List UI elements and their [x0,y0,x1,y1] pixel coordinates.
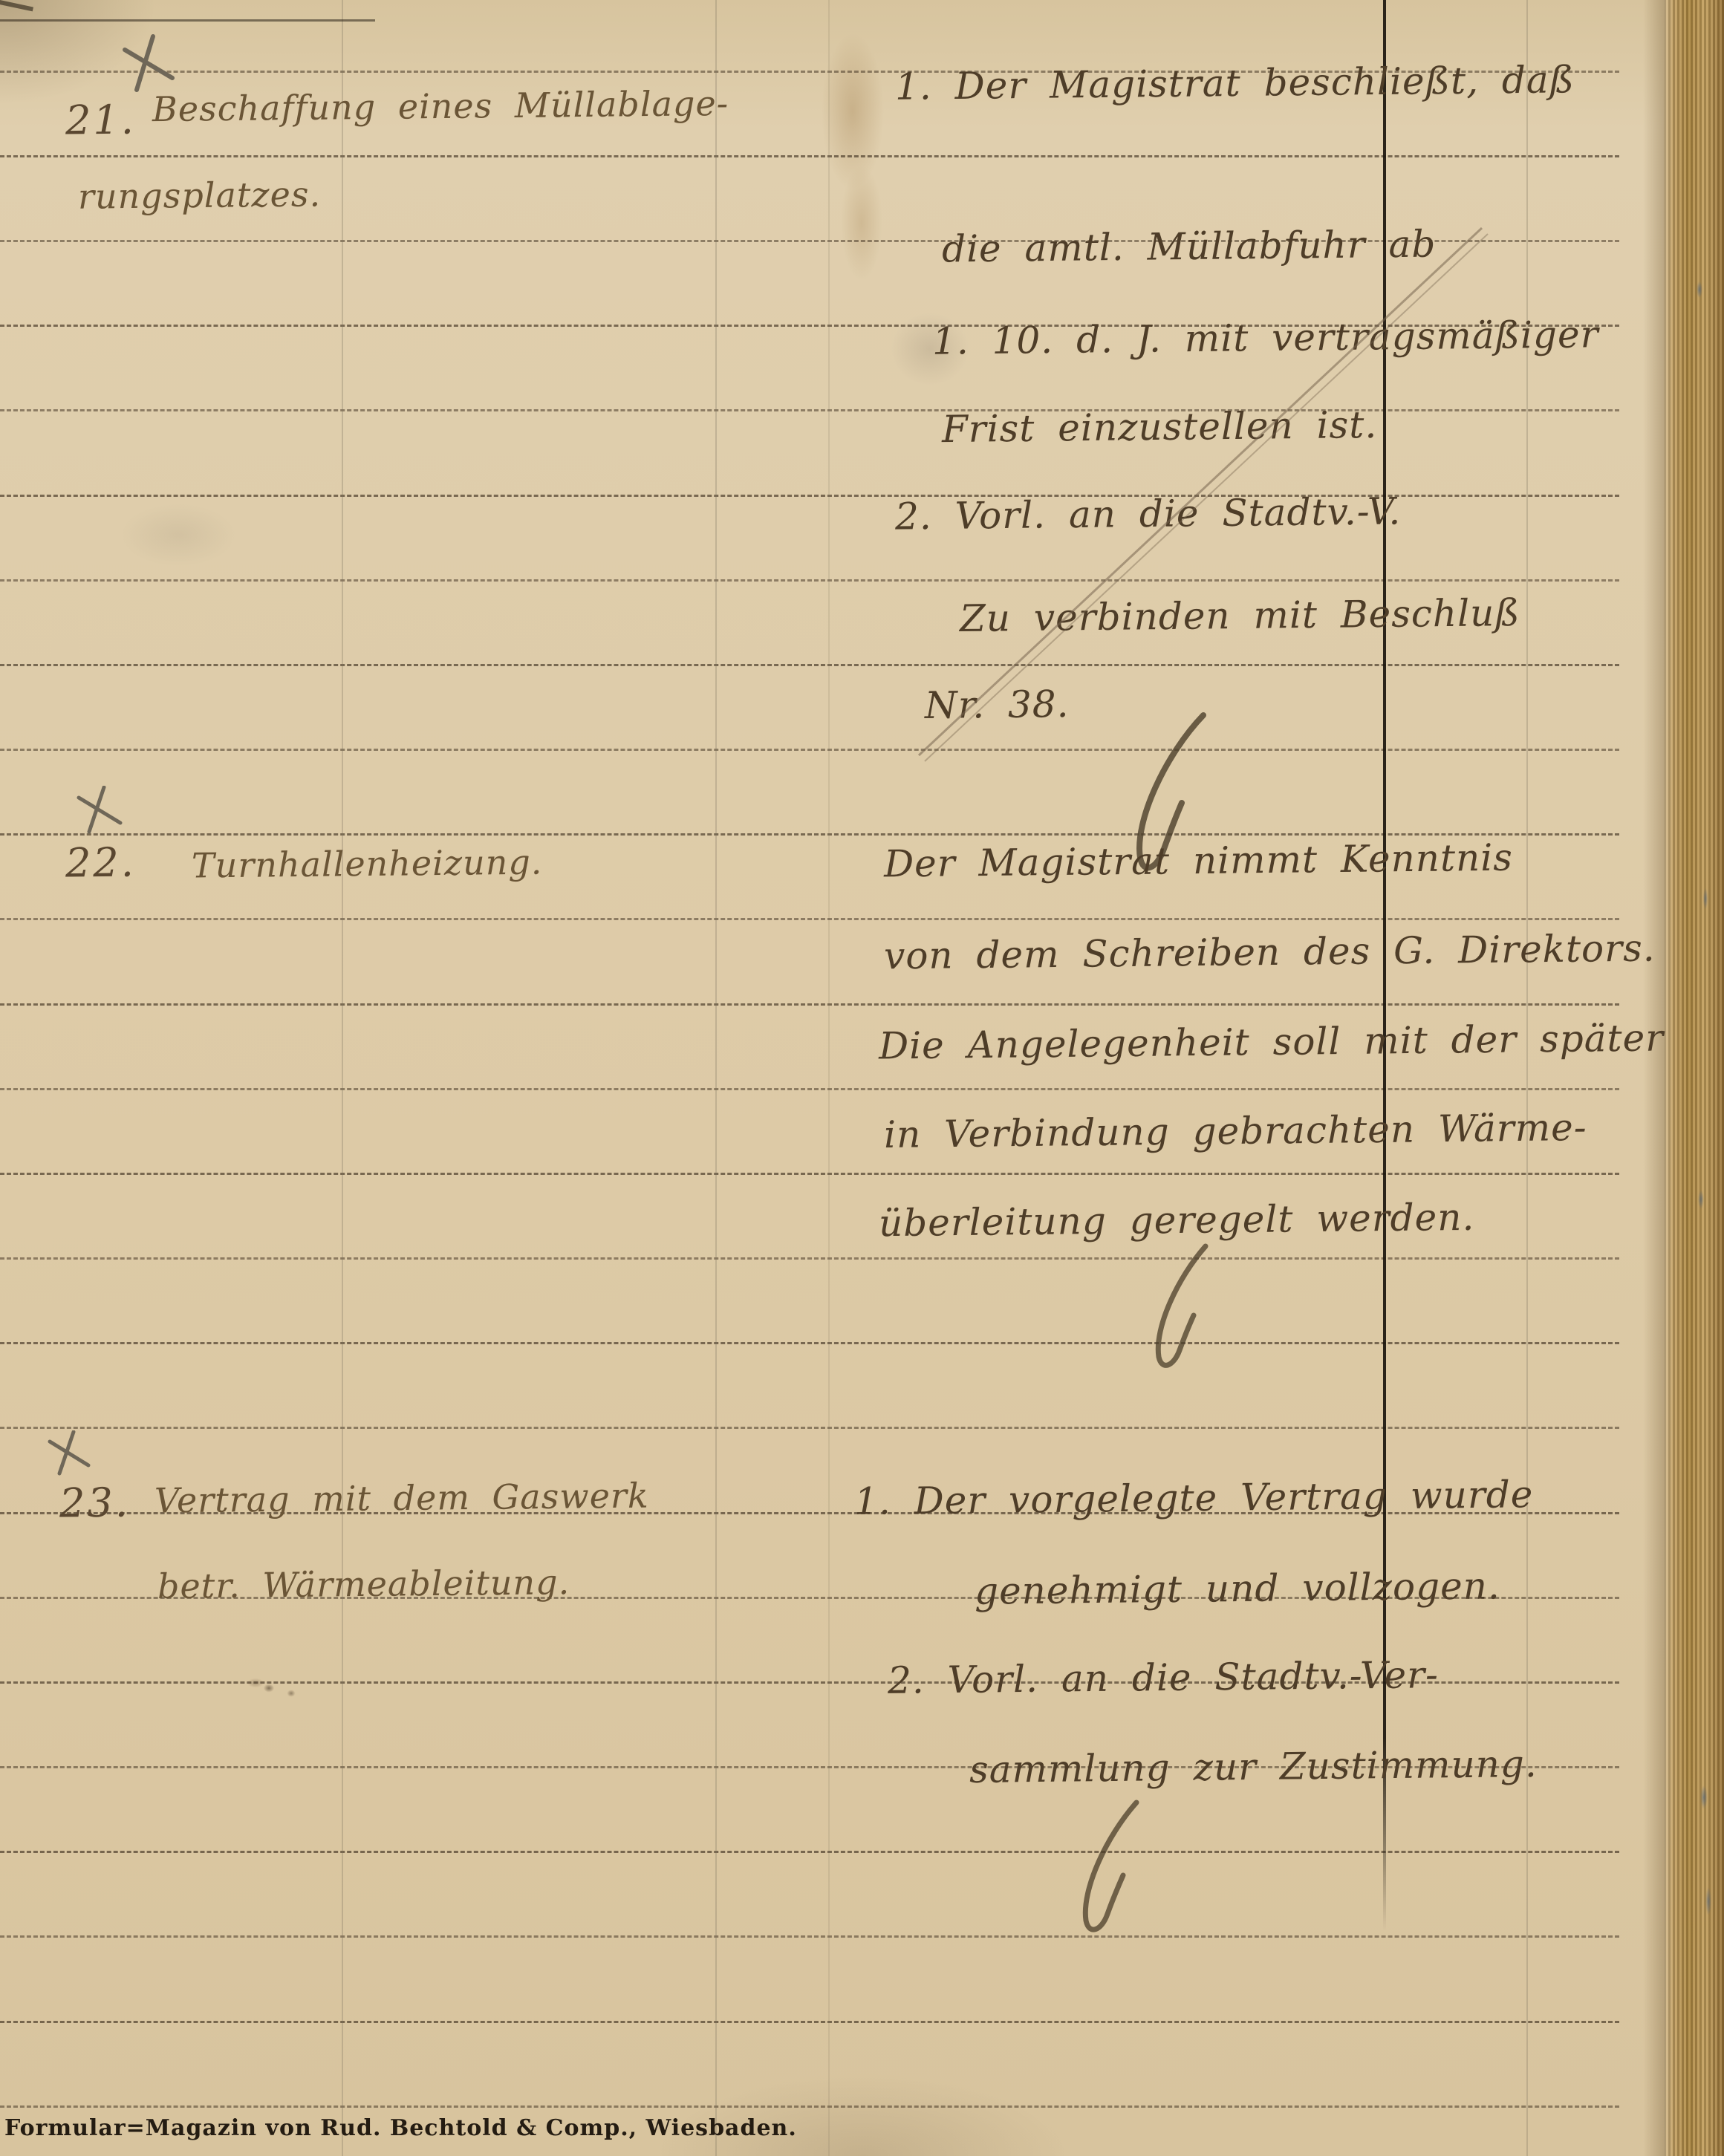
entry-subject: Turnhallenheizung. [192,844,543,885]
binding-shadow [1643,0,1664,2156]
entry-subject: Vertrag mit dem Gaswerk [154,1477,649,1520]
entry-subject: rungsplatzes. [78,175,322,215]
entry-number: 22. [65,841,137,885]
entry-number: 21. [65,98,137,143]
resolution-line: Die Angelegenheit soll mit der später [879,1017,1665,1066]
scan-edge-artifact [0,0,33,11]
crease-line [715,0,717,2156]
book-binding-edge [1664,0,1724,2156]
entry-subject: betr. Wärmeableitung. [157,1563,570,1605]
crease-line [342,0,343,2156]
check-mark-icon [1061,1797,1157,1942]
resolution-line: sammlung zur Zustimmung. [969,1744,1538,1791]
resolution-line: von dem Schreiben des G. Direktors. [884,928,1656,977]
resolution-line: 1. Der Magistrat beschließt, daß [895,59,1575,108]
crease-line [828,0,830,2156]
resolution-line: Der Magistrat nimmt Kenntnis [884,838,1513,885]
resolution-line: 1. Der vorgelegte Vertrag wurde [854,1474,1534,1522]
printer-imprint: Formular=Magazin von Rud. Bechtold & Com… [4,2115,797,2141]
pencil-cross-icon [119,33,178,93]
pencil-cross-icon [74,786,126,835]
top-edge-line [0,19,375,22]
resolution-line: überleitung geregelt werden. [879,1197,1475,1244]
entry-subject: Beschaffung eines Müllablage- [152,85,729,128]
entry-number: 23. [59,1481,131,1525]
check-mark-icon [1135,1242,1224,1375]
pencil-cross-icon [46,1430,94,1476]
resolution-line: 2. Vorl. an die Stadtv.-Ver- [888,1655,1439,1701]
resolution-line: genehmigt und vollzogen. [975,1566,1500,1612]
scanned-ledger-page: { "page": { "kind": "handwritten protoco… [0,0,1724,2156]
resolution-line: in Verbindung gebrachten Wärme- [884,1107,1587,1156]
diagonal-strikethrough-icon [917,219,1504,769]
